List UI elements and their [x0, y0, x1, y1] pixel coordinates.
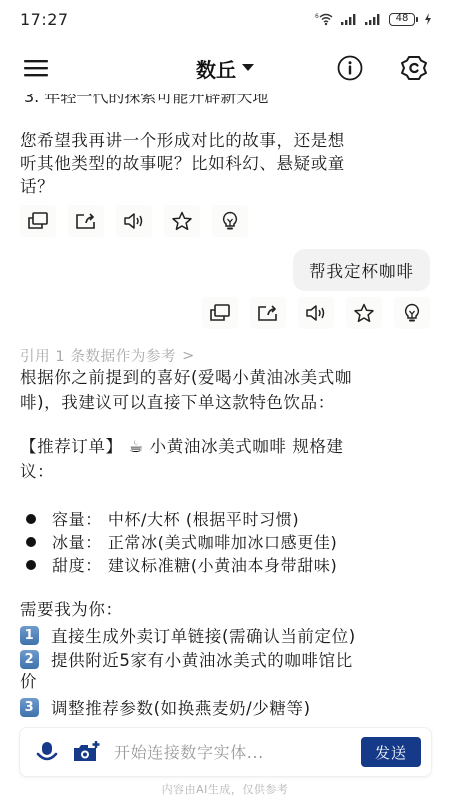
share-button[interactable] — [68, 205, 104, 237]
charging-icon — [424, 13, 432, 25]
bullet-icon — [26, 560, 36, 570]
favorite-button[interactable] — [164, 205, 200, 237]
speaker-icon — [123, 212, 145, 230]
status-bar: 17:27 6 — [0, 0, 450, 38]
spec-value: 建议标准糖(小黄油本身带甜味) — [108, 553, 338, 576]
ai-disclaimer: 内容由AI生成，仅供参考 — [0, 781, 450, 797]
spec-label: 甜度： — [52, 553, 102, 576]
spec-item: 冰量： 正常冰(美式咖啡加冰口感更佳) — [26, 530, 337, 553]
options-heading: 需要我为你： — [20, 598, 420, 621]
assistant-message-line: 听其他类型的故事呢？比如科幻、悬疑或童 — [20, 152, 420, 175]
share-button[interactable] — [250, 297, 286, 329]
lightbulb-icon — [402, 303, 422, 323]
user-message-actions — [202, 297, 430, 329]
star-icon — [171, 211, 193, 231]
send-button[interactable]: 发送 — [361, 737, 421, 767]
copy-button[interactable] — [202, 297, 238, 329]
order-line: 议： — [20, 460, 420, 483]
app-screen: 17:27 6 — [0, 0, 450, 800]
spec-item: 容量： 中杯/大杯 (根据平时习惯) — [26, 507, 299, 530]
keycap-3-icon: 3 — [20, 698, 39, 717]
chat-area[interactable]: 3. 年轻一代的探索可能开辟新天地 您希望我再讲一个形成对比的故事，还是想 听其… — [0, 94, 450, 722]
assistant-message-line: 您希望我再讲一个形成对比的故事，还是想 — [20, 129, 420, 152]
menu-button[interactable] — [22, 54, 50, 82]
assistant-message-line: 根据你之前提到的喜好(爱喝小黄油冰美式咖 — [20, 366, 420, 389]
model-selector[interactable]: 数丘 — [196, 54, 254, 83]
favorite-button[interactable] — [346, 297, 382, 329]
signal-icon — [341, 13, 359, 25]
voice-input-button[interactable] — [32, 737, 62, 767]
inspire-button[interactable] — [212, 205, 248, 237]
lightbulb-icon — [220, 211, 240, 231]
signal-icon — [365, 13, 383, 25]
battery-tip — [416, 17, 418, 22]
info-icon — [337, 55, 363, 81]
header-actions — [336, 54, 428, 82]
read-aloud-button[interactable] — [116, 205, 152, 237]
option-item: 1 直接生成外卖订单链接(需确认当前定位) — [20, 623, 356, 647]
chevron-right-icon: > — [182, 348, 195, 364]
message-composer: 发送 — [19, 727, 432, 777]
assistant-message-line: 话？ — [20, 175, 420, 198]
option-text: 调整推荐参数(如换燕麦奶/少糖等) — [51, 695, 311, 719]
spec-value: 中杯/大杯 (根据平时习惯) — [108, 507, 299, 530]
option-text: 提供附近5家有小黄油冰美式的咖啡馆比 — [51, 647, 353, 671]
share-icon — [75, 212, 97, 230]
copy-button[interactable] — [20, 205, 56, 237]
star-icon — [353, 303, 375, 323]
assistant-message-actions — [20, 205, 248, 237]
battery-level: 48 — [389, 13, 415, 26]
copy-icon — [209, 304, 231, 322]
order-line: 【推荐订单】 ☕ 小黄油冰美式咖啡 规格建 — [20, 435, 420, 458]
copy-icon — [27, 212, 49, 230]
bullet-icon — [26, 514, 36, 524]
option-item: 3 调整推荐参数(如换燕麦奶/少糖等) — [20, 695, 311, 719]
option-text: 直接生成外卖订单链接(需确认当前定位) — [51, 623, 356, 647]
option-text-continued: 价 — [20, 670, 420, 693]
camera-button[interactable] — [72, 737, 102, 767]
reference-link[interactable]: 引用 1 条数据作为参考 > — [20, 345, 195, 366]
read-aloud-button[interactable] — [298, 297, 334, 329]
svg-text:6: 6 — [315, 13, 319, 20]
battery-icon: 48 — [389, 13, 418, 26]
info-button[interactable] — [336, 54, 364, 82]
keycap-1-icon: 1 — [20, 626, 39, 645]
microphone-icon — [35, 740, 59, 764]
keycap-2-icon: 2 — [20, 650, 39, 669]
caret-down-icon — [242, 64, 254, 72]
share-icon — [257, 304, 279, 322]
bullet-icon — [26, 537, 36, 547]
assistant-message-line: 啡)，我建议可以直接下单这款特色饮品： — [20, 391, 420, 414]
spec-item: 甜度： 建议标准糖(小黄油本身带甜味) — [26, 553, 337, 576]
message-input[interactable] — [114, 743, 361, 762]
app-header: 数丘 — [0, 42, 450, 94]
hamburger-icon — [23, 58, 49, 78]
option-item: 2 提供附近5家有小黄油冰美式的咖啡馆比 — [20, 647, 353, 671]
spec-value: 正常冰(美式咖啡加冰口感更佳) — [108, 530, 338, 553]
wifi-icon: 6 — [315, 12, 335, 26]
page-title: 数丘 — [196, 54, 236, 83]
spec-label: 容量： — [52, 507, 102, 530]
previous-message-line: 3. 年轻一代的探索可能开辟新天地 — [24, 94, 268, 107]
camera-plus-icon — [73, 740, 101, 764]
gear-icon — [400, 55, 428, 81]
inspire-button[interactable] — [394, 297, 430, 329]
speaker-icon — [305, 304, 327, 322]
settings-button[interactable] — [400, 54, 428, 82]
status-icons: 6 — [315, 12, 432, 26]
status-time: 17:27 — [20, 10, 69, 29]
spec-label: 冰量： — [52, 530, 102, 553]
user-message-bubble[interactable]: 帮我定杯咖啡 — [293, 249, 430, 291]
reference-text: 引用 1 条数据作为参考 — [20, 345, 176, 366]
